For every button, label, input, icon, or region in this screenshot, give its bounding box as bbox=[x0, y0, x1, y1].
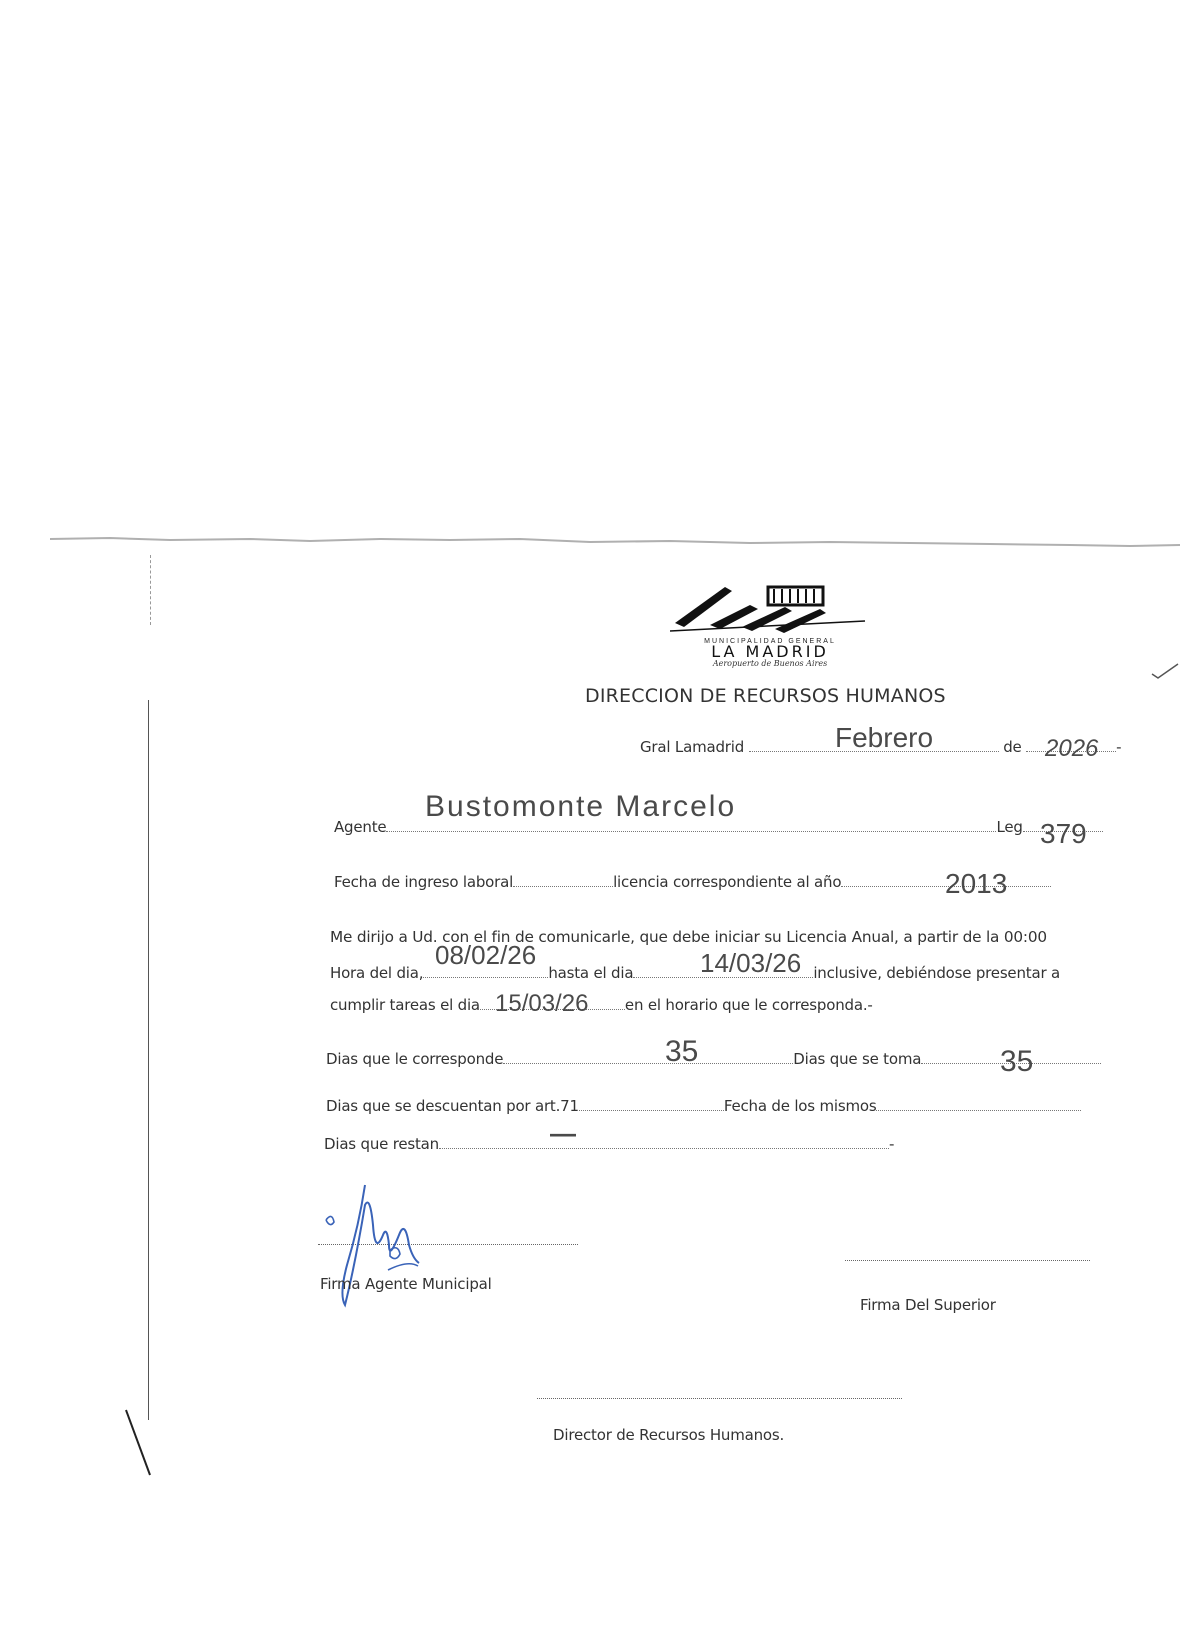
end-date-field[interactable] bbox=[633, 977, 813, 978]
leg-value: 379 bbox=[1040, 818, 1087, 850]
ingreso-line: Fecha de ingreso laborallicencia corresp… bbox=[334, 873, 1051, 891]
logo-name: LA MADRID bbox=[670, 645, 870, 659]
hora-label: Hora del dia, bbox=[330, 964, 423, 982]
licencia-year-value: 2013 bbox=[945, 868, 1007, 900]
dias-restan-field[interactable] bbox=[439, 1148, 889, 1149]
superior-signature-line[interactable] bbox=[845, 1260, 1090, 1261]
firma-superior-label: Firma Del Superior bbox=[860, 1296, 996, 1314]
dias-corresponde-value: 35 bbox=[665, 1035, 698, 1069]
agente-value: Bustomonte Marcelo bbox=[425, 790, 736, 824]
dias-restan-label: Dias que restan bbox=[324, 1135, 439, 1153]
cumplir-label: cumplir tareas el dia bbox=[330, 996, 480, 1014]
fecha-mismos-label: Fecha de los mismos bbox=[724, 1097, 877, 1115]
leg-label: Leg bbox=[996, 818, 1022, 836]
month-value: Febrero bbox=[835, 722, 933, 754]
de-label: de bbox=[1003, 738, 1021, 756]
dias-corresponde-line: Dias que le correspondeDias que se toma bbox=[326, 1050, 1101, 1068]
hora-line: Hora del dia,hasta el diainclusive, debi… bbox=[330, 964, 1060, 982]
municipal-logo: MUNICIPALIDAD GENERAL LA MADRID Aeropuer… bbox=[670, 575, 870, 670]
page-title: DIRECCION DE RECURSOS HUMANOS bbox=[585, 685, 946, 707]
dias-corresponde-field[interactable] bbox=[503, 1063, 793, 1064]
cumplir-line: cumplir tareas el diaen el horario que l… bbox=[330, 996, 873, 1014]
hasta-label: hasta el dia bbox=[548, 964, 633, 982]
scan-margin-line bbox=[148, 700, 150, 1420]
inclusive-text: inclusive, debiéndose presentar a bbox=[813, 964, 1060, 982]
ingreso-field[interactable] bbox=[513, 886, 613, 887]
director-signature-line[interactable] bbox=[537, 1398, 902, 1399]
dias-toma-label: Dias que se toma bbox=[793, 1050, 921, 1068]
dias-descuentan-label: Dias que se descuentan por art.71 bbox=[326, 1097, 579, 1115]
return-date-value: 15/03/26 bbox=[495, 990, 588, 1018]
start-date-field[interactable] bbox=[423, 977, 548, 978]
dias-restan-value: — bbox=[550, 1118, 576, 1149]
dias-toma-value: 35 bbox=[1000, 1045, 1033, 1079]
dias-restan-line: Dias que restan- bbox=[324, 1135, 894, 1153]
torn-paper-edge bbox=[50, 535, 1180, 547]
logo-tagline: Aeropuerto de Buenos Aires bbox=[670, 659, 870, 668]
check-mark-icon bbox=[1150, 660, 1180, 680]
dias-descuentan-line: Dias que se descuentan por art.71Fecha d… bbox=[326, 1097, 1081, 1115]
place-label: Gral Lamadrid bbox=[640, 738, 744, 756]
fecha-mismos-field[interactable] bbox=[876, 1110, 1081, 1111]
firma-agente-label: Firma Agente Municipal bbox=[320, 1275, 492, 1293]
horario-text: en el horario que le corresponda.- bbox=[625, 996, 873, 1014]
scan-margin-line bbox=[150, 555, 152, 625]
agente-handwritten-signature bbox=[320, 1180, 430, 1320]
dias-corresponde-label: Dias que le corresponde bbox=[326, 1050, 503, 1068]
agente-label: Agente bbox=[334, 818, 386, 836]
ingreso-label: Fecha de ingreso laboral bbox=[334, 873, 513, 891]
dias-descuentan-field[interactable] bbox=[579, 1110, 724, 1111]
scan-artifact-slash bbox=[120, 1400, 160, 1480]
director-label: Director de Recursos Humanos. bbox=[553, 1426, 784, 1444]
agente-field[interactable] bbox=[386, 831, 996, 832]
licencia-label: licencia correspondiente al año bbox=[613, 873, 841, 891]
logo-emblem-icon bbox=[670, 575, 870, 635]
year-value: 2026 bbox=[1045, 735, 1098, 763]
